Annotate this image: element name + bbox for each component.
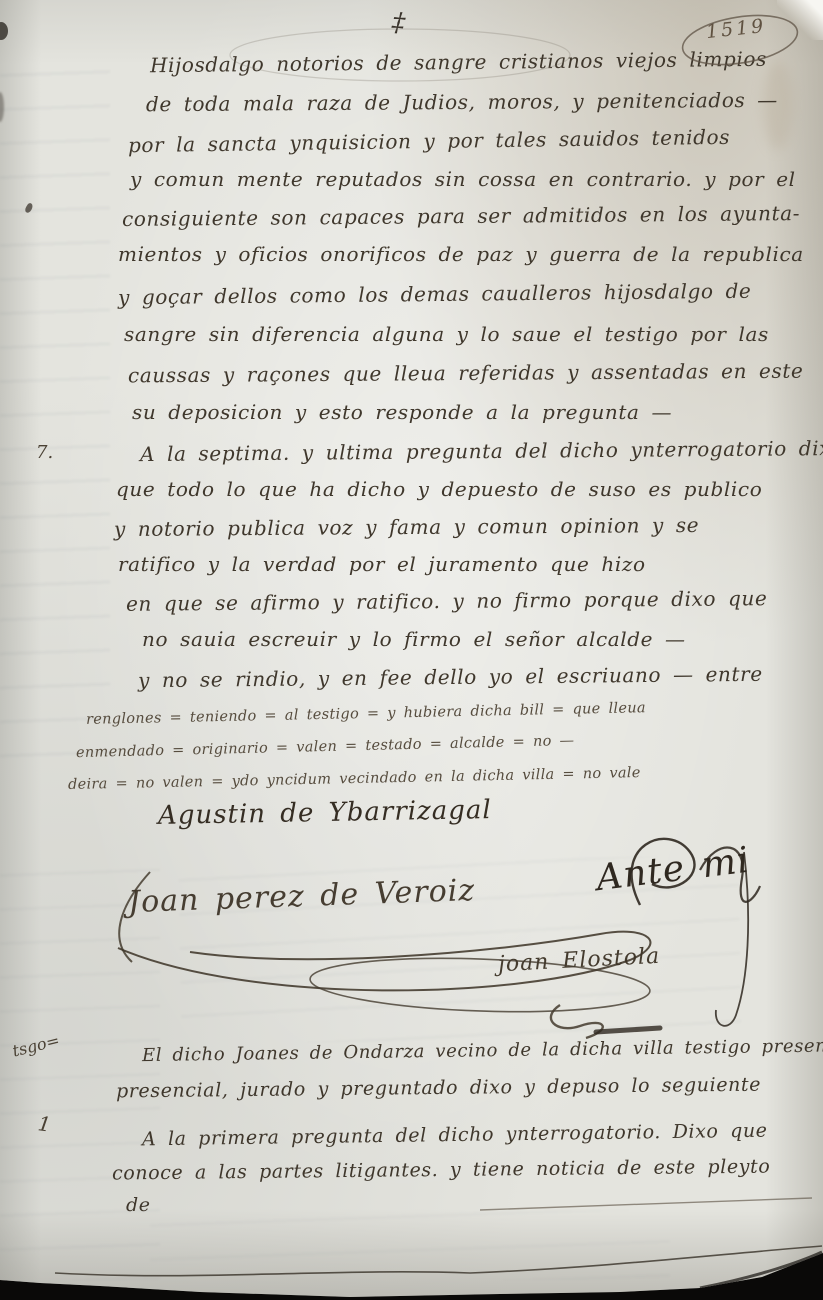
signature-escribano: joan Elostola [498, 946, 661, 976]
margin-testigo-number: 1 [36, 1111, 52, 1137]
bleedthrough-texture [0, 60, 110, 780]
manuscript-line: no sauia escreuir y lo firmo el señor al… [142, 629, 686, 649]
manuscript-line: El dicho Joanes de Ondarza vecino de la … [142, 1037, 823, 1065]
margin-question-number: 7. [36, 442, 53, 463]
closing-annotation-line: deira = no valen = ydo yncidum vecindado… [68, 766, 641, 792]
margin-testigo-abbrev: tsgo= [10, 1030, 61, 1060]
cross-mark-icon: ‡ [391, 8, 406, 39]
ink-blot [24, 202, 34, 214]
manuscript-line: caussas y raçones que lleua referidas y … [128, 361, 804, 386]
manuscript-line: que todo lo que ha dicho y depuesto de s… [116, 479, 762, 499]
ink-blot [0, 92, 4, 122]
manuscript-line: y comun mente reputados sin cossa en con… [130, 169, 796, 189]
manuscript-line: mientos y oficios onorificos de paz y gu… [118, 244, 804, 264]
manuscript-line: sangre sin diferencia alguna y lo saue e… [124, 324, 769, 344]
signature-witness: Agustin de Ybarrizagal [158, 797, 492, 829]
closing-annotation-line: enmendado = originario = valen = testado… [76, 734, 575, 761]
manuscript-line: A la septima. y ultima pregunta del dich… [140, 438, 823, 464]
manuscript-line: de toda mala raza de Judios, moros, y pe… [146, 90, 778, 114]
manuscript-line: su deposicion y esto responde a la pregu… [132, 402, 672, 422]
page-corner-highlight [777, 0, 823, 40]
manuscript-line: y no se rindio, y en fee dello yo el esc… [138, 664, 763, 691]
manuscript-line: A la primera pregunta del dicho ynterrog… [142, 1122, 768, 1150]
manuscript-line: ratifico y la verdad por el juramento qu… [118, 554, 646, 574]
signature-ante-mi: Ante mi [594, 843, 751, 898]
bleedthrough-texture [0, 860, 160, 1280]
paper-sheet: ‡ 1519 7. tsgo= 1 Hijosdalgo notorios de… [0, 0, 823, 1300]
manuscript-line: por la sancta ynquisicion y por tales sa… [128, 127, 730, 155]
manuscript-line: Hijosdalgo notorios de sangre cristianos… [150, 49, 767, 75]
manuscript-line: consiguiente son capaces para ser admiti… [122, 203, 800, 229]
folio-number: 1519 [705, 15, 767, 43]
bleedthrough-texture [150, 1210, 670, 1280]
manuscript-line: en que se afirmo y ratifico. y no firmo … [126, 588, 768, 614]
ink-blot [0, 22, 8, 40]
closing-annotation-line: renglones = teniendo = al testigo = y hu… [86, 701, 646, 727]
manuscript-scan: ‡ 1519 7. tsgo= 1 Hijosdalgo notorios de… [0, 0, 823, 1300]
manuscript-line: presencial, jurado y preguntado dixo y d… [116, 1076, 761, 1102]
manuscript-line: de [126, 1196, 151, 1215]
manuscript-line: y notorio publica voz y fama y comun opi… [114, 515, 699, 539]
manuscript-line: y goçar dellos como los demas caualleros… [118, 281, 752, 308]
signature-official: Joan perez de Veroiz [128, 876, 476, 918]
manuscript-line: conoce a las partes litigantes. y tiene … [112, 1158, 771, 1184]
